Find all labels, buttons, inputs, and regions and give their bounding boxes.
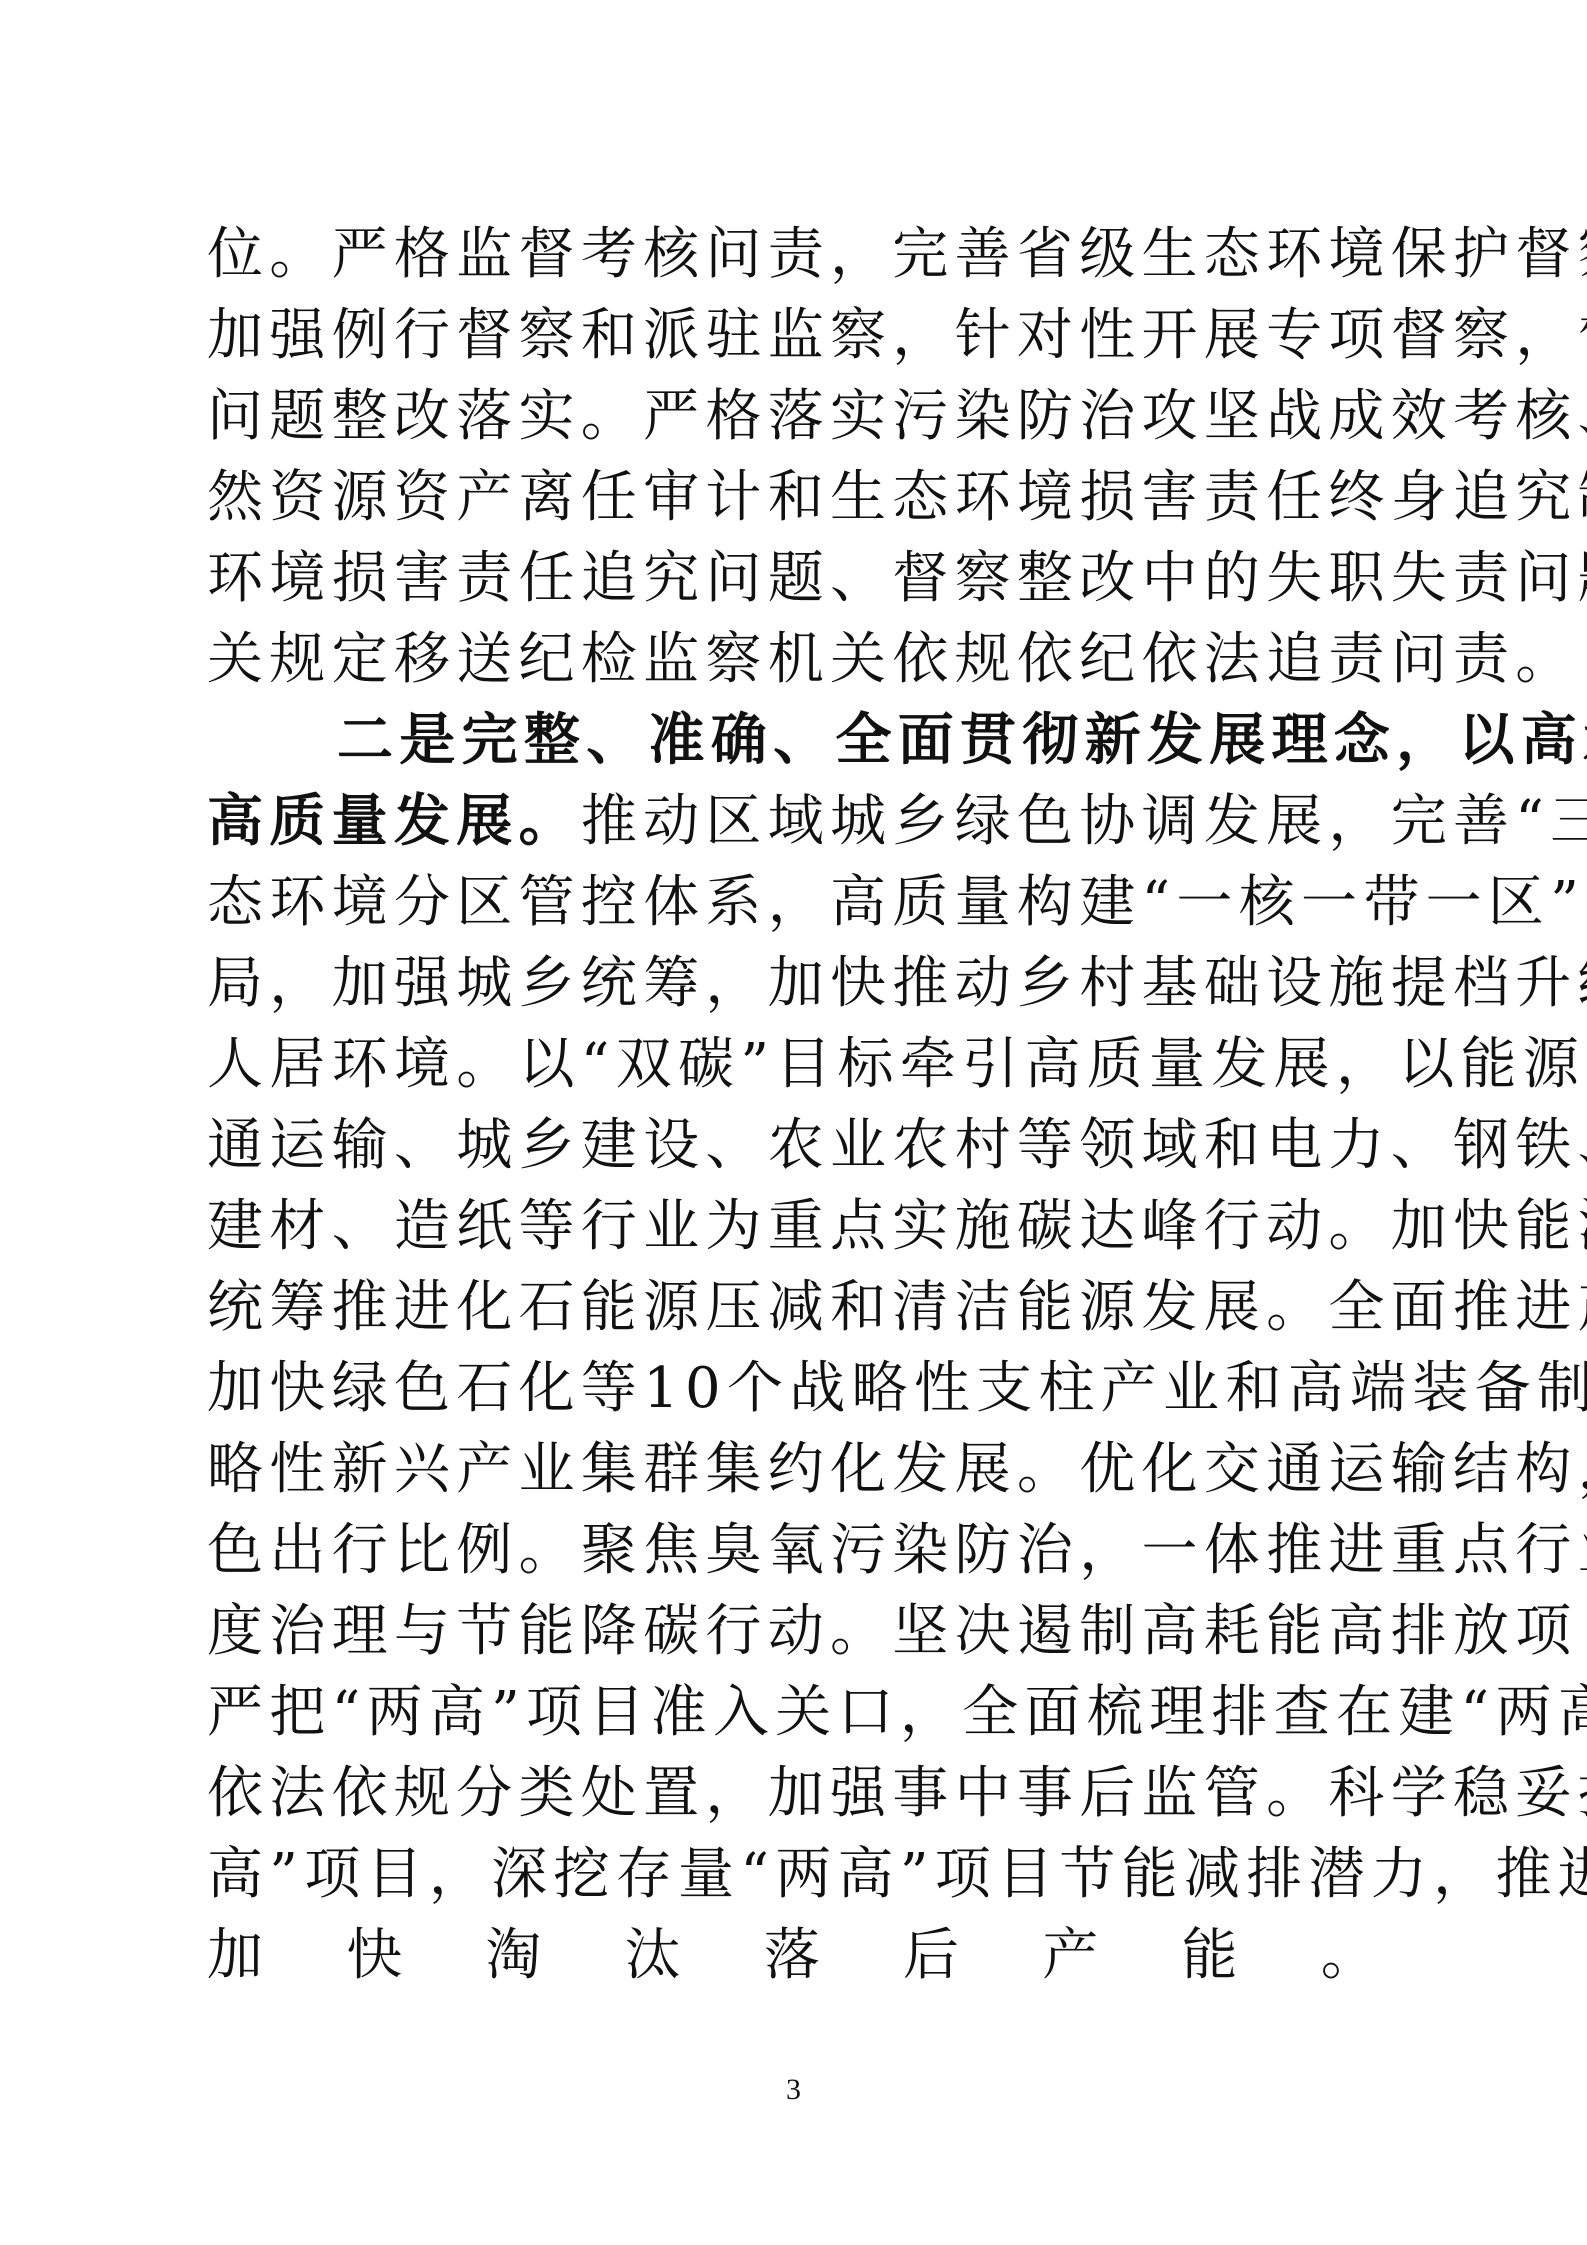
text-line: 加快绿色石化等10个战略性支柱产业和高端装备制造等10个战 xyxy=(207,1348,1383,1429)
body-text: 推动区域城乡绿色协调发展，完善“三线一单”生 xyxy=(581,789,1587,854)
text-line: 问题整改落实。严格落实污染防治攻坚战成效考核、领导干部自 xyxy=(207,376,1383,457)
text-line: 人居环境。以“双碳”目标牵引高质量发展，以能源、工业、交 xyxy=(207,1024,1383,1105)
text-line: 高”项目，深挖存量“两高”项目节能减排潜力，推进改造升级， xyxy=(207,1834,1383,1915)
section-heading-text: 二是完整、准确、全面贯彻新发展理念，以高水平保护推动 xyxy=(337,708,1587,773)
text-line: 依法依规分类处置，加强事中事后监管。科学稳妥推进拟建“两 xyxy=(207,1753,1383,1834)
text-line: 位。严格监督考核问责，完善省级生态环境保护督察工作制度， xyxy=(207,214,1383,295)
document-body: 位。严格监督考核问责，完善省级生态环境保护督察工作制度， 加强例行督察和派驻监察… xyxy=(207,214,1383,2077)
paragraph-2: 二是完整、准确、全面贯彻新发展理念，以高水平保护推动 高质量发展。推动区域城乡绿… xyxy=(207,700,1383,2077)
text-line: 严把“两高”项目准入关口，全面梳理排查在建“两高”项目， xyxy=(207,1672,1383,1753)
text-line: 色出行比例。聚焦臭氧污染防治，一体推进重点行业大气污染深 xyxy=(207,1510,1383,1591)
paragraph-1: 位。严格监督考核问责，完善省级生态环境保护督察工作制度， 加强例行督察和派驻监察… xyxy=(207,214,1383,700)
document-page: 位。严格监督考核问责，完善省级生态环境保护督察工作制度， 加强例行督察和派驻监察… xyxy=(0,0,1587,2245)
text-line: 统筹推进化石能源压减和清洁能源发展。全面推进产业结构调整， xyxy=(207,1267,1383,1348)
text-line xyxy=(207,1996,1383,2077)
text-line: 建材、造纸等行业为重点实施碳达峰行动。加快能源结构转型， xyxy=(207,1186,1383,1267)
text-line: 高质量发展。推动区域城乡绿色协调发展，完善“三线一单”生 xyxy=(207,781,1383,862)
text-line: 度治理与节能降碳行动。坚决遏制高耗能高排放项目盲目发展， xyxy=(207,1591,1383,1672)
text-line: 局，加强城乡统筹，加快推动乡村基础设施提档升级，改善城乡 xyxy=(207,943,1383,1024)
text-line: 加快淘汰落后产能。 xyxy=(207,1915,1383,1996)
page-number: 3 xyxy=(0,2073,1587,2107)
text-line: 环境损害责任追究问题、督察整改中的失职失责问题等，按照有 xyxy=(207,538,1383,619)
text-line: 关规定移送纪检监察机关依规依纪依法追责问责。 xyxy=(207,619,1383,700)
text-line: 二是完整、准确、全面贯彻新发展理念，以高水平保护推动 xyxy=(207,700,1383,781)
text-line: 加强例行督察和派驻监察，针对性开展专项督察，督促抓好反馈 xyxy=(207,295,1383,376)
section-heading-text: 高质量发展。 xyxy=(207,789,581,854)
text-line: 略性新兴产业集群集约化发展。优化交通运输结构，提高城市绿 xyxy=(207,1429,1383,1510)
text-line: 态环境分区管控体系，高质量构建“一核一带一区”区域发展格 xyxy=(207,862,1383,943)
text-line: 然资源资产离任审计和生态环境损害责任终身追究制度，对生态 xyxy=(207,457,1383,538)
text-line: 通运输、城乡建设、农业农村等领域和电力、钢铁、石化、化工、 xyxy=(207,1105,1383,1186)
